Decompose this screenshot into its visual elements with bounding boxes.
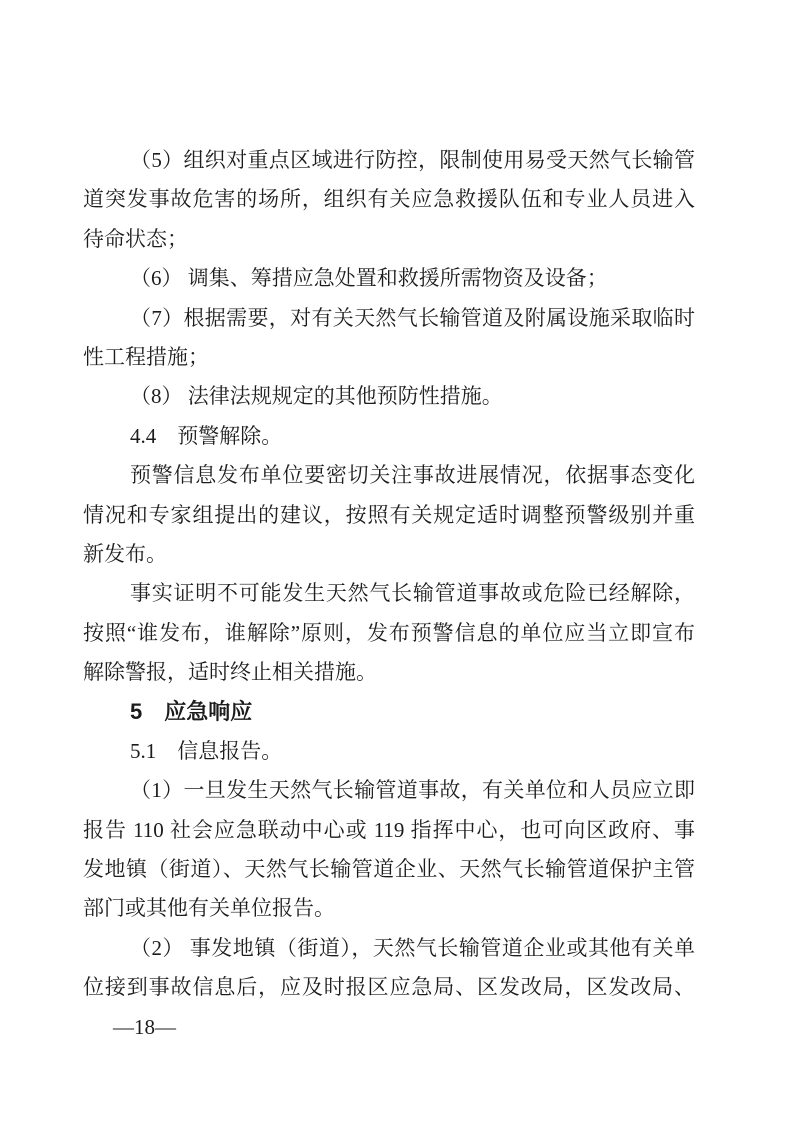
text-line: 情况和专家组提出的建议，按照有关规定适时调整预警级别并重 (83, 496, 695, 535)
text-line: 性工程措施； (83, 338, 695, 377)
text-line: 部门或其他有关单位报告。 (83, 889, 695, 928)
text-line: （2） 事发地镇（街道），天然气长输管道企业或其他有关单 (83, 929, 695, 968)
text-line: 报告 110 社会应急联动中心或 119 指挥中心，也可向区政府、事 (83, 811, 695, 850)
text-line: 新发布。 (83, 535, 695, 574)
text-line: 道突发事故危害的场所，组织有关应急救援队伍和专业人员进入 (83, 180, 695, 219)
text-line: 事实证明不可能发生天然气长输管道事故或危险已经解除， (83, 574, 695, 613)
section-heading: 5 应急响应 (83, 692, 695, 731)
text-line: （7）根据需要，对有关天然气长输管道及附属设施采取临时 (83, 299, 695, 338)
text-line: 待命状态； (83, 220, 695, 259)
text-line: 按照“谁发布，谁解除”原则，发布预警信息的单位应当立即宣布 (83, 614, 695, 653)
page-number: —18— (113, 1008, 176, 1047)
text-line: （8） 法律法规规定的其他预防性措施。 (83, 377, 695, 416)
document-page: （5）组织对重点区域进行防控，限制使用易受天然气长输管道突发事故危害的场所，组织… (0, 0, 793, 1122)
text-line: 位接到事故信息后，应及时报区应急局、区发改局，区发改局、 (83, 968, 695, 1007)
text-line: 解除警报，适时终止相关措施。 (83, 653, 695, 692)
text-line: 发地镇（街道）、天然气长输管道企业、天然气长输管道保护主管 (83, 850, 695, 889)
text-line: （6） 调集、筹措应急处置和救援所需物资及设备； (83, 259, 695, 298)
text-line: 4.4 预警解除。 (83, 417, 695, 456)
text-line: 5.1 信息报告。 (83, 732, 695, 771)
text-line: 预警信息发布单位要密切关注事故进展情况，依据事态变化 (83, 456, 695, 495)
text-line: （1）一旦发生天然气长输管道事故，有关单位和人员应立即 (83, 771, 695, 810)
text-line: （5）组织对重点区域进行防控，限制使用易受天然气长输管 (83, 141, 695, 180)
document-body: （5）组织对重点区域进行防控，限制使用易受天然气长输管道突发事故危害的场所，组织… (83, 141, 695, 1008)
